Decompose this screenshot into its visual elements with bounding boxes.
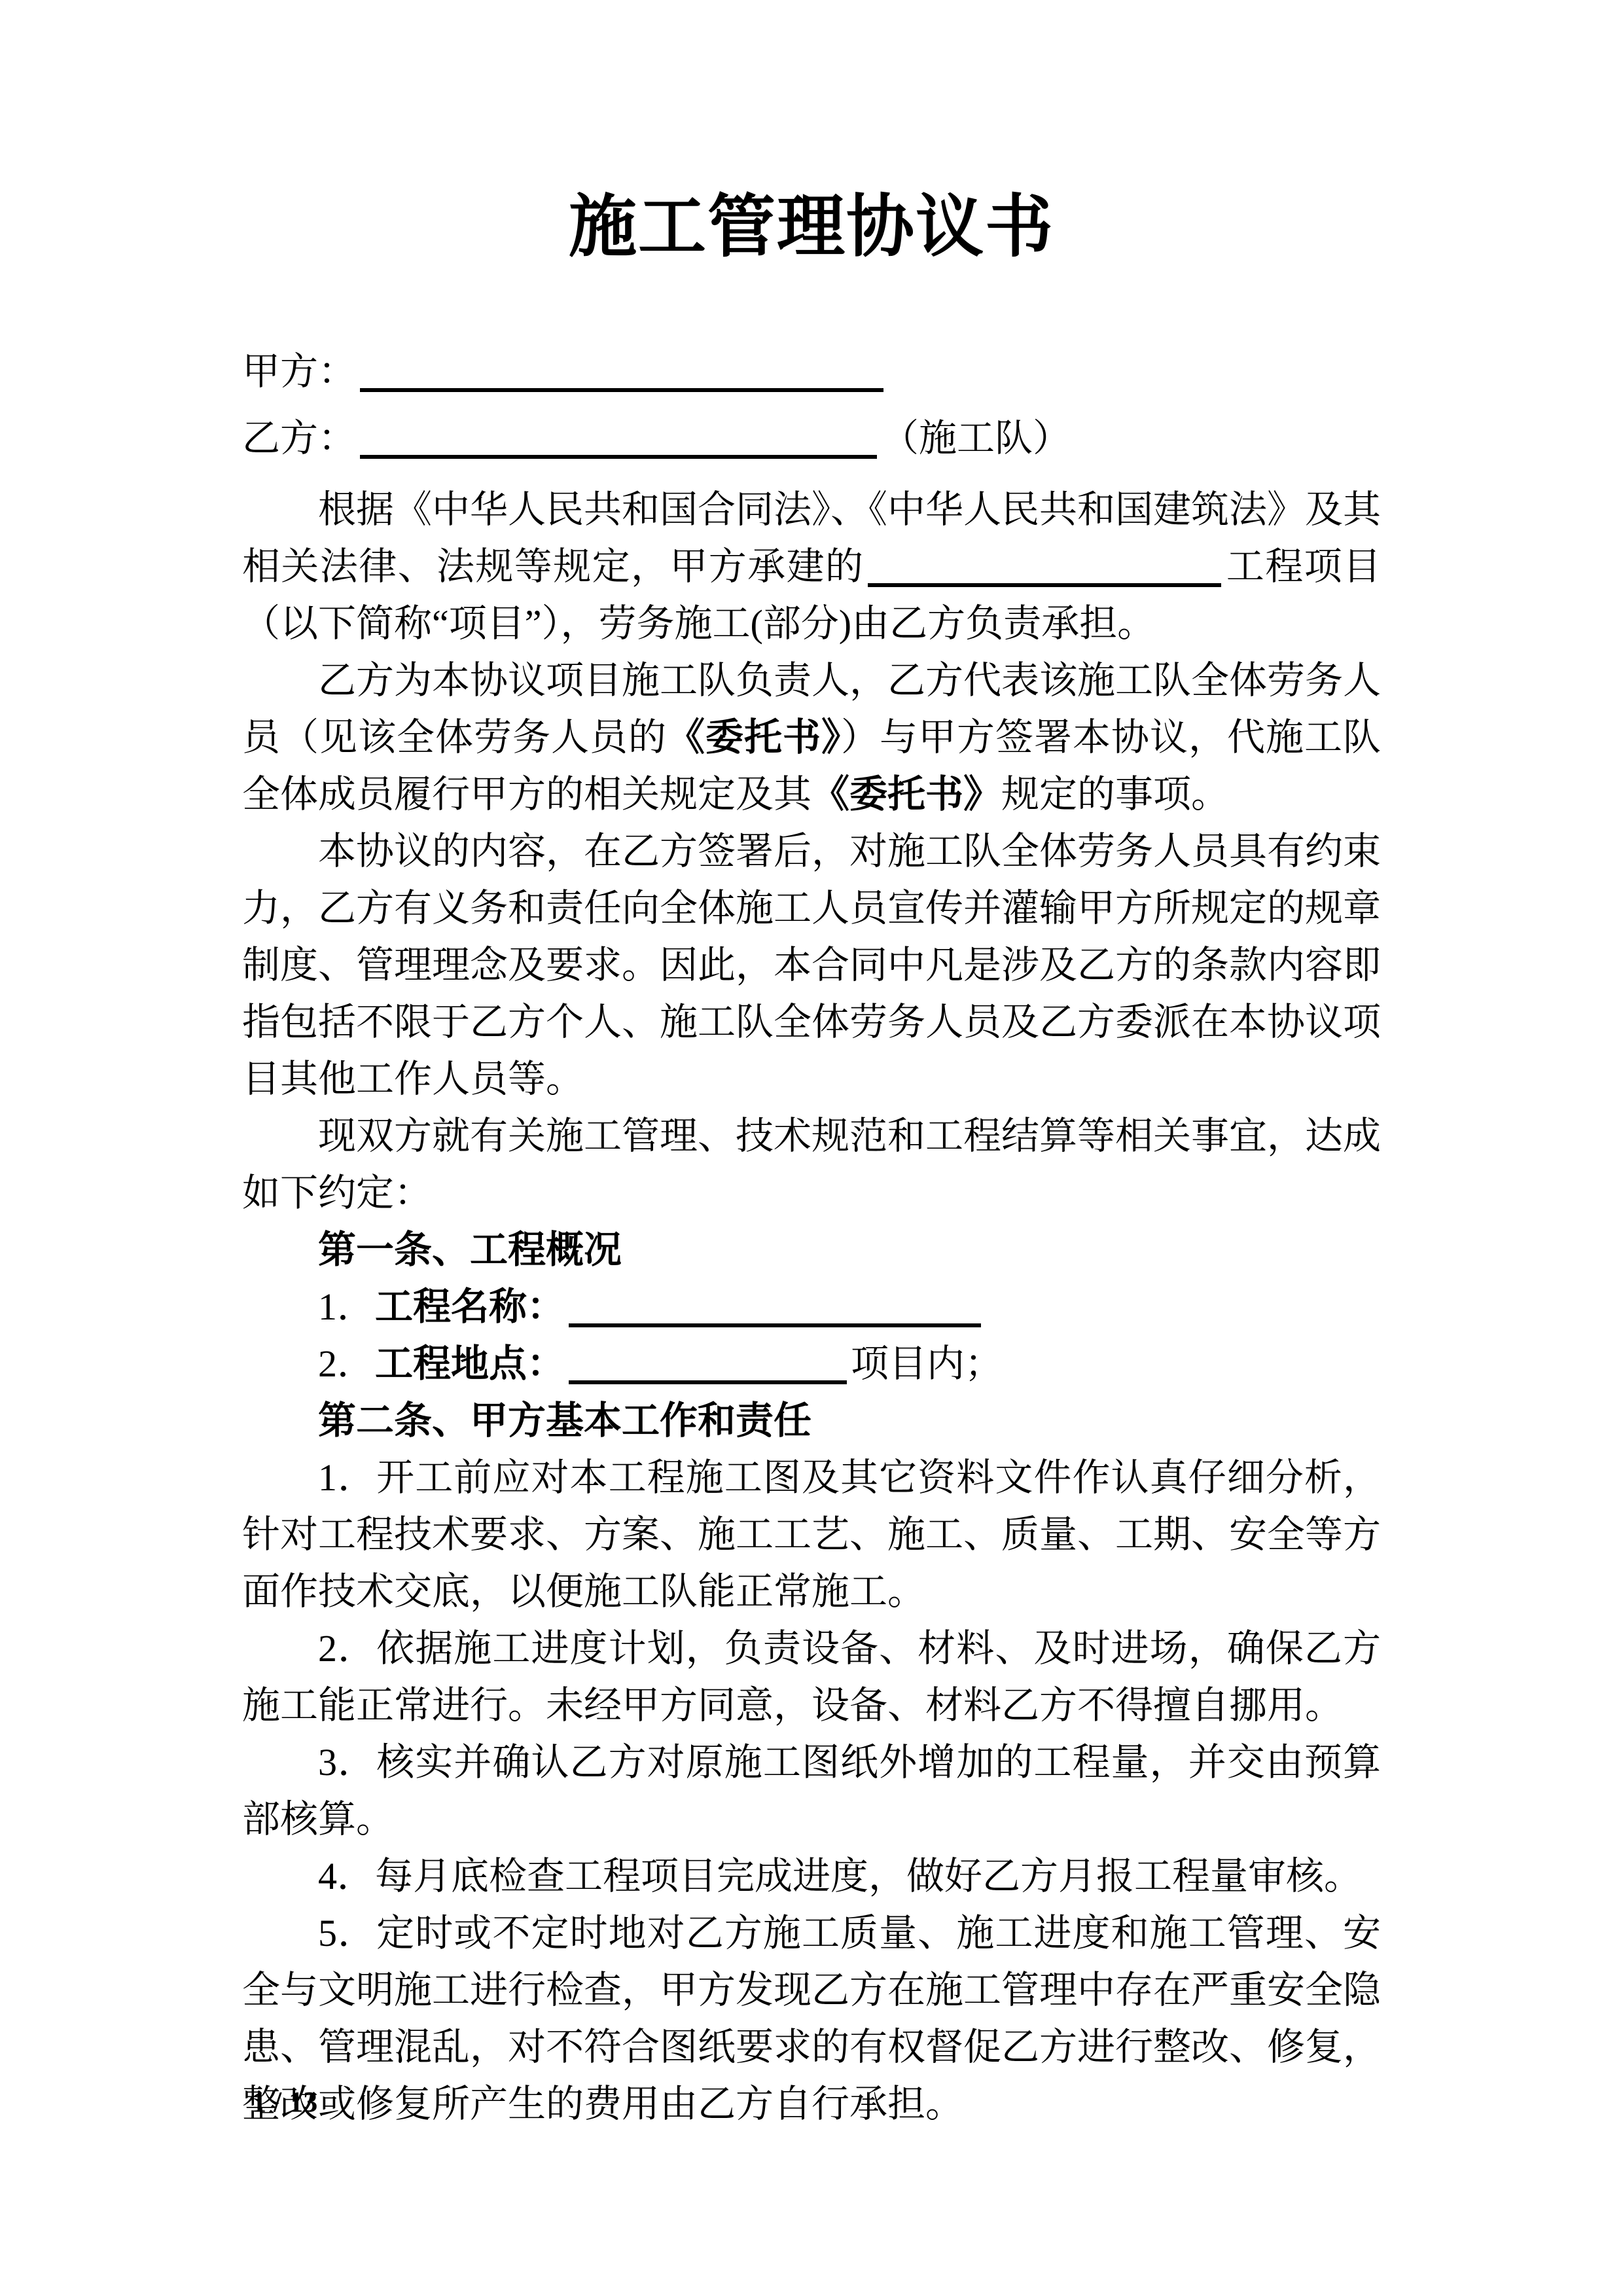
text-run: 5．定时或不定时地对乙方施工质量、施工进度和施工管理、安全与文明施工进行检查，甲… [242,1912,1381,2125]
intro-paragraphs: 根据《中华人民共和国合同法》、《中华人民共和国建筑法》及其相关法律、法规等规定，… [242,481,1381,1221]
text-run: （施工队） [881,417,1071,459]
paragraph: 本协议的内容，在乙方签署后，对施工队全体劳务人员具有约束力，乙方有义务和责任向全… [242,823,1381,1107]
parties-block: 甲方： 乙方：（施工队） [242,338,1381,472]
text-run: 4．每月底检查工程项目完成进度，做好乙方月报工程量审核。 [318,1855,1362,1897]
text-run: 规定的事项。 [1001,773,1229,816]
text-run: 1． [318,1285,375,1328]
document-page: 施工管理协议书 甲方： 乙方：（施工队） 根据《中华人民共和国合同法》、《中华人… [0,0,1623,2296]
list-item: 2．依据施工进度计划，负责设备、材料、及时进场，确保乙方施工能正常进行。未经甲方… [242,1620,1381,1734]
blank-underline [569,1372,847,1384]
page-number: 1 / 13 [252,2085,317,2119]
paragraph: 现双方就有关施工管理、技术规范和工程结算等相关事宜，达成如下约定： [242,1107,1381,1221]
text-run: 2．依据施工进度计划，负责设备、材料、及时进场，确保乙方施工能正常进行。未经甲方… [242,1627,1381,1727]
text-run: 现双方就有关施工管理、技术规范和工程结算等相关事宜，达成如下约定： [242,1115,1381,1214]
blank-underline [360,447,877,459]
text-run: 甲方： [242,350,356,393]
text-run: 乙方： [242,417,356,459]
list-item: 5．定时或不定时地对乙方施工质量、施工进度和施工管理、安全与文明施工进行检查，甲… [242,1905,1381,2132]
text-run: 项目内； [851,1342,1003,1385]
bold-text-run: 工程名称： [375,1285,565,1328]
bold-text-run: 工程地点： [375,1342,565,1385]
party-b-line: 乙方：（施工队） [242,405,1381,472]
page-title: 施工管理协议书 [242,190,1381,265]
list-item: 2．工程地点：项目内； [242,1335,1381,1392]
bold-text-run: 《委托书》 [667,716,841,759]
paragraph: 根据《中华人民共和国合同法》、《中华人民共和国建筑法》及其相关法律、法规等规定，… [242,481,1381,652]
blank-underline [868,575,1221,587]
text-run: 2． [318,1342,375,1385]
text-run: 本协议的内容，在乙方签署后，对施工队全体劳务人员具有约束力，乙方有义务和责任向全… [242,830,1381,1100]
blank-underline [360,380,883,392]
text-run: 1．开工前应对本工程施工图及其它资料文件作认真仔细分析，针对工程技术要求、方案、… [242,1456,1381,1613]
list-item: 4．每月底检查工程项目完成进度，做好乙方月报工程量审核。 [242,1848,1381,1905]
blank-underline [569,1316,981,1327]
text-run: 3．核实并确认乙方对原施工图纸外增加的工程量，并交由预算部核算。 [242,1741,1381,1840]
list-item: 1．工程名称： [242,1278,1381,1335]
bold-text-run: 《委托书》 [811,773,1001,816]
list-item: 1．开工前应对本工程施工图及其它资料文件作认真仔细分析，针对工程技术要求、方案、… [242,1449,1381,1620]
section-2-heading: 第二条、甲方基本工作和责任 [242,1392,1381,1449]
paragraph: 乙方为本协议项目施工队负责人，乙方代表该施工队全体劳务人员（见该全体劳务人员的《… [242,652,1381,823]
section-1-heading: 第一条、工程概况 [242,1221,1381,1278]
text-run: 根据《中华人民共和国合同法》、《中华人民共和国建筑法》及其相关法律、法规等规定，… [242,488,1381,588]
section-1-items: 1．工程名称：2．工程地点：项目内； [242,1278,1381,1392]
party-a-line: 甲方： [242,338,1381,405]
section-2-items: 1．开工前应对本工程施工图及其它资料文件作认真仔细分析，针对工程技术要求、方案、… [242,1449,1381,2132]
list-item: 3．核实并确认乙方对原施工图纸外增加的工程量，并交由预算部核算。 [242,1734,1381,1848]
